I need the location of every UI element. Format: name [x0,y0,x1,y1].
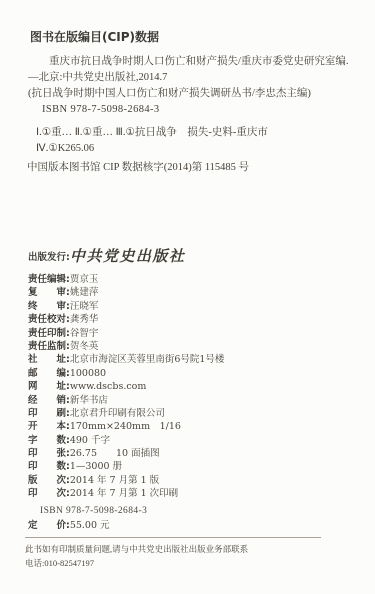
colophon-label: 印 刷: [28,408,70,419]
colophon-row: 印 数:1—3000 册 [28,460,375,473]
colophon-label: 社 址: [28,354,70,365]
cip-line: 重庆市抗日战争时期人口伤亡和财产损失/重庆市委党史研究室编. [28,54,357,70]
quality-note: 此书如有印制质量问题,请与中共党史出版社出版业务部联系 [25,543,357,557]
colophon-value: 26.75 10 面插图 [70,448,160,459]
colophon-label: 印 次: [28,488,70,499]
price-row: 定 价:55.00 元 [28,519,375,532]
colophon-label: 版 次: [28,475,70,486]
colophon-label: 字 数: [28,435,70,446]
contact-phone: 电话:010-82547197 [25,557,357,571]
colophon-row: 终 审:汪晓军 [28,300,375,313]
colophon-label: 责任监制: [28,341,70,352]
colophon-value: 贾京玉 [70,274,99,285]
colophon-value: 贺冬英 [70,341,99,352]
divider-line [25,537,321,538]
colophon-row: 复 审:姚建萍 [28,286,375,299]
colophon-value: 北京君升印刷有限公司 [70,408,165,419]
publisher-row: 出版发行:中共党史出版社 [28,250,375,270]
cip-class-line: Ⅳ.①K265.06 [36,141,357,157]
colophon-value: 汪晓军 [70,301,99,312]
colophon-value: 2014 年 7 月第 1 版 [70,475,159,486]
colophon-label: 印 张: [28,448,70,459]
colophon-isbn: ISBN 978-7-5098-2684-3 [28,505,375,518]
colophon-value: 谷智宇 [70,328,99,339]
colophon-value: 1—3000 册 [70,461,122,472]
colophon-value: 100080 [70,368,106,379]
cip-heading: 图书在版编目(CIP)数据 [0,0,375,45]
colophon-row: 责任编辑:贾京玉 [28,273,375,286]
colophon-row: 社 址:北京市海淀区芙蓉里南街6号院1号楼 [28,353,375,366]
colophon-label: 责任校对: [28,314,70,325]
colophon-label: 终 审: [28,301,70,312]
colophon-value: 170mm×240mm 1/16 [70,421,181,432]
colophon-label: 复 审: [28,287,70,298]
cip-class-line: Ⅰ.①重… Ⅱ.①重… Ⅲ.①抗日战争 损失-史料-重庆市 [36,125,357,141]
footer-note-block: 此书如有印制质量问题,请与中共党史出版社出版业务部联系 电话:010-82547… [25,543,357,570]
colophon-label: 经 销: [28,395,70,406]
book-copyright-page: 图书在版编目(CIP)数据 重庆市抗日战争时期人口伤亡和财产损失/重庆市委党史研… [0,0,375,594]
price-label: 定 价: [28,520,70,531]
colophon-value: 姚建萍 [70,287,99,298]
publisher-name: 中共党史出版社 [70,247,186,265]
colophon-row: 印 刷:北京君升印刷有限公司 [28,407,375,420]
cip-classification: Ⅰ.①重… Ⅱ.①重… Ⅲ.①抗日战争 损失-史料-重庆市 Ⅳ.①K265.06 [36,125,357,157]
colophon-row: 印 次:2014 年 7 月第 1 次印刷 [28,487,375,500]
cip-line: —北京:中共党史出版社,2014.7 [28,70,357,86]
colophon-row: 网 址:www.dscbs.com [28,380,375,393]
colophon-value: 龚秀华 [70,314,99,325]
colophon-label: 责任编辑: [28,274,70,285]
colophon-row: 责任印制:谷智宇 [28,327,375,340]
colophon-label: 责任印制: [28,328,70,339]
cip-record-number: 中国版本图书馆 CIP 数据核字(2014)第 115485 号 [27,160,357,176]
colophon-label: 开 本: [28,421,70,432]
colophon-row: 字 数:490 千字 [28,434,375,447]
colophon-block: 出版发行:中共党史出版社 责任编辑:贾京玉 复 审:姚建萍 终 审:汪晓军 责任… [28,250,375,532]
colophon-label: 邮 编: [28,368,70,379]
colophon-value: www.dscbs.com [70,381,147,392]
colophon-row: 版 次:2014 年 7 月第 1 版 [28,474,375,487]
colophon-row: 责任监制:贺冬英 [28,340,375,353]
publisher-label: 出版发行: [28,252,70,263]
cip-line: (抗日战争时期中国人口伤亡和财产损失调研丛书/李忠杰主编) [28,86,357,102]
colophon-row: 邮 编:100080 [28,367,375,380]
colophon-row: 开 本:170mm×240mm 1/16 [28,420,375,433]
price-value: 55.00 元 [70,520,110,531]
cip-description: 重庆市抗日战争时期人口伤亡和财产损失/重庆市委党史研究室编. —北京:中共党史出… [28,54,357,118]
colophon-row: 印 张:26.75 10 面插图 [28,447,375,460]
colophon-label: 网 址: [28,381,70,392]
colophon-value: 新华书店 [70,395,108,406]
colophon-row: 经 销:新华书店 [28,394,375,407]
colophon-value: 2014 年 7 月第 1 次印刷 [70,488,178,499]
colophon-value: 490 千字 [70,435,110,446]
colophon-value: 北京市海淀区芙蓉里南街6号院1号楼 [70,354,225,365]
colophon-row: 责任校对:龚秀华 [28,313,375,326]
cip-isbn: ISBN 978-7-5098-2684-3 [28,102,357,118]
colophon-label: 印 数: [28,461,70,472]
